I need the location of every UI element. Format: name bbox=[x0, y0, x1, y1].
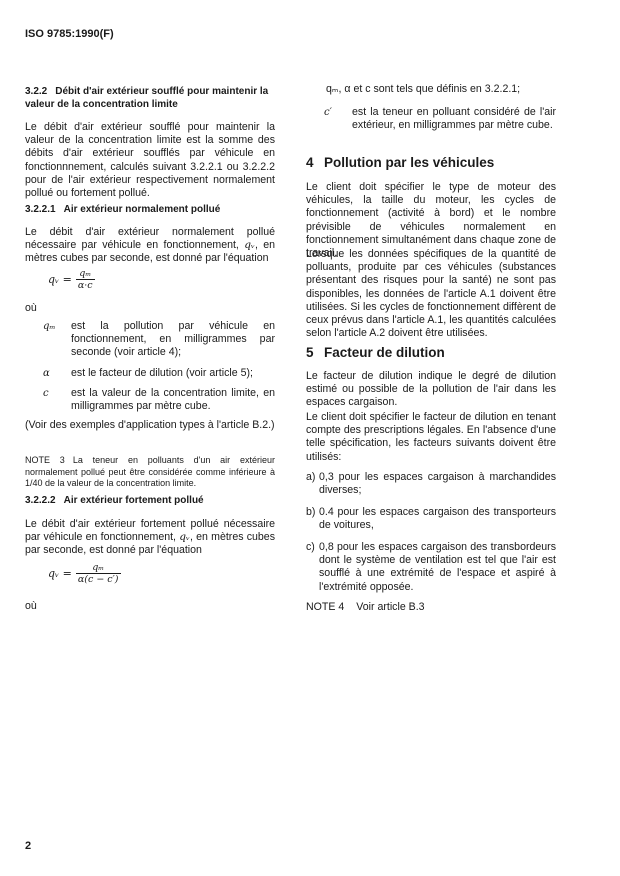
note-4: NOTE 4Voir article B.3 bbox=[306, 601, 556, 614]
section-title: Air extérieur fortement pollué bbox=[64, 495, 204, 506]
list-item-c: c) 0,8 pour les espaces cargaison des tr… bbox=[306, 541, 556, 594]
equation-numerator: qₘ bbox=[77, 268, 93, 279]
list-text: 0,3 pour les espaces cargaison à marchan… bbox=[319, 471, 556, 497]
note-label: NOTE 3 bbox=[25, 455, 65, 465]
list-text: 0.4 pour les espaces cargaison des trans… bbox=[319, 506, 556, 532]
section-5-paragraph-1: Le facteur de dilution indique le degré … bbox=[306, 370, 556, 410]
section-title: Débit d'air extérieur soufflé pour maint… bbox=[25, 86, 268, 110]
symbol-qv: qᵥ bbox=[179, 531, 190, 543]
section-title: Pollution par les véhicules bbox=[324, 155, 494, 170]
section-3-2-2-1-body: Le débit d'air extérieur normalement pol… bbox=[25, 226, 275, 266]
list-item-a: a) 0,3 pour les espaces cargaison à marc… bbox=[306, 471, 556, 497]
definition-symbol: c′ bbox=[306, 106, 352, 132]
note-label: NOTE 4 bbox=[306, 601, 344, 613]
definition-symbol: qₘ bbox=[25, 320, 71, 360]
equation-fraction: qₘ α(c − c′) bbox=[76, 562, 121, 585]
equation-lhs: qᵥ = bbox=[48, 273, 72, 286]
definition-text: est la teneur en polluant considéré de l… bbox=[352, 106, 556, 132]
section-5-heading: 5Facteur de dilution bbox=[306, 345, 556, 361]
equation-denominator: α(c − c′) bbox=[76, 573, 121, 585]
where-label: où bbox=[25, 600, 37, 613]
section-4-heading: 4Pollution par les véhicules bbox=[306, 155, 556, 171]
section-3-2-2-1-heading: 3.2.2.1Air extérieur normalement pollué bbox=[25, 204, 275, 217]
definition-alpha: α est le facteur de dilution (voir artic… bbox=[25, 367, 275, 380]
section-4-paragraph-2: Lorsque les données spécifiques de la qu… bbox=[306, 248, 556, 340]
definition-qm: qₘ est la pollution par véhicule en fonc… bbox=[25, 320, 275, 360]
section-3-2-2-heading: 3.2.2Débit d'air extérieur soufflé pour … bbox=[25, 86, 275, 111]
see-examples-text: (Voir des exemples d'application types à… bbox=[25, 419, 275, 432]
section-3-2-2-2-body: Le débit d'air extérieur fortement pollu… bbox=[25, 518, 275, 558]
equation-2: qᵥ = qₘ α(c − c′) bbox=[48, 562, 121, 585]
continuation-line: qₘ, α et c sont tels que définis en 3.2.… bbox=[326, 83, 556, 96]
section-number: 4 bbox=[306, 155, 324, 171]
section-title: Air extérieur normalement pollué bbox=[64, 204, 221, 215]
section-title: Facteur de dilution bbox=[324, 345, 445, 360]
equation-1: qᵥ = qₘ α·c bbox=[48, 268, 95, 291]
section-5-paragraph-2: Le client doit spécifier le facteur de d… bbox=[306, 411, 556, 464]
equation-denominator: α·c bbox=[76, 279, 95, 291]
where-label: où bbox=[25, 302, 37, 315]
definition-c-prime: c′ est la teneur en polluant considéré d… bbox=[306, 106, 556, 132]
equation-lhs: qᵥ = bbox=[48, 567, 72, 580]
definition-symbol: c bbox=[25, 387, 71, 413]
section-number: 3.2.2.2 bbox=[25, 495, 56, 506]
section-number: 5 bbox=[306, 345, 324, 361]
continuation-text: qₘ, α et c sont tels que définis en 3.2.… bbox=[326, 83, 520, 95]
list-marker: c) bbox=[306, 541, 319, 594]
section-3-2-2-2-heading: 3.2.2.2Air extérieur fortement pollué bbox=[25, 495, 275, 508]
definition-c: c est la valeur de la concentration limi… bbox=[25, 387, 275, 413]
section-number: 3.2.2.1 bbox=[25, 204, 56, 215]
note-3: NOTE 3La teneur en polluants d'un air ex… bbox=[25, 455, 275, 490]
section-3-2-2-body: Le débit d'air extérieur soufflé pour ma… bbox=[25, 121, 275, 200]
document-id-header: ISO 9785:1990(F) bbox=[25, 28, 114, 41]
list-text: 0,8 pour les espaces cargaison des trans… bbox=[319, 541, 556, 594]
note-text: Voir article B.3 bbox=[356, 601, 424, 613]
equation-numerator: qₘ bbox=[90, 562, 106, 573]
list-marker: a) bbox=[306, 471, 319, 497]
equation-fraction: qₘ α·c bbox=[76, 268, 95, 291]
definition-text: est la pollution par véhicule en fonctio… bbox=[71, 320, 275, 360]
page-number: 2 bbox=[25, 840, 31, 853]
list-item-b: b) 0.4 pour les espaces cargaison des tr… bbox=[306, 506, 556, 532]
symbol-qv: qᵥ bbox=[244, 239, 255, 251]
definition-text: est le facteur de dilution (voir article… bbox=[71, 367, 275, 380]
body-text: Le débit d'air extérieur normalement pol… bbox=[25, 226, 275, 251]
definition-list: qₘ est la pollution par véhicule en fonc… bbox=[25, 320, 275, 413]
definition-text: est la valeur de la concentration limite… bbox=[71, 387, 275, 413]
section-number: 3.2.2 bbox=[25, 86, 47, 97]
list-marker: b) bbox=[306, 506, 319, 532]
definition-symbol: α bbox=[25, 367, 71, 380]
